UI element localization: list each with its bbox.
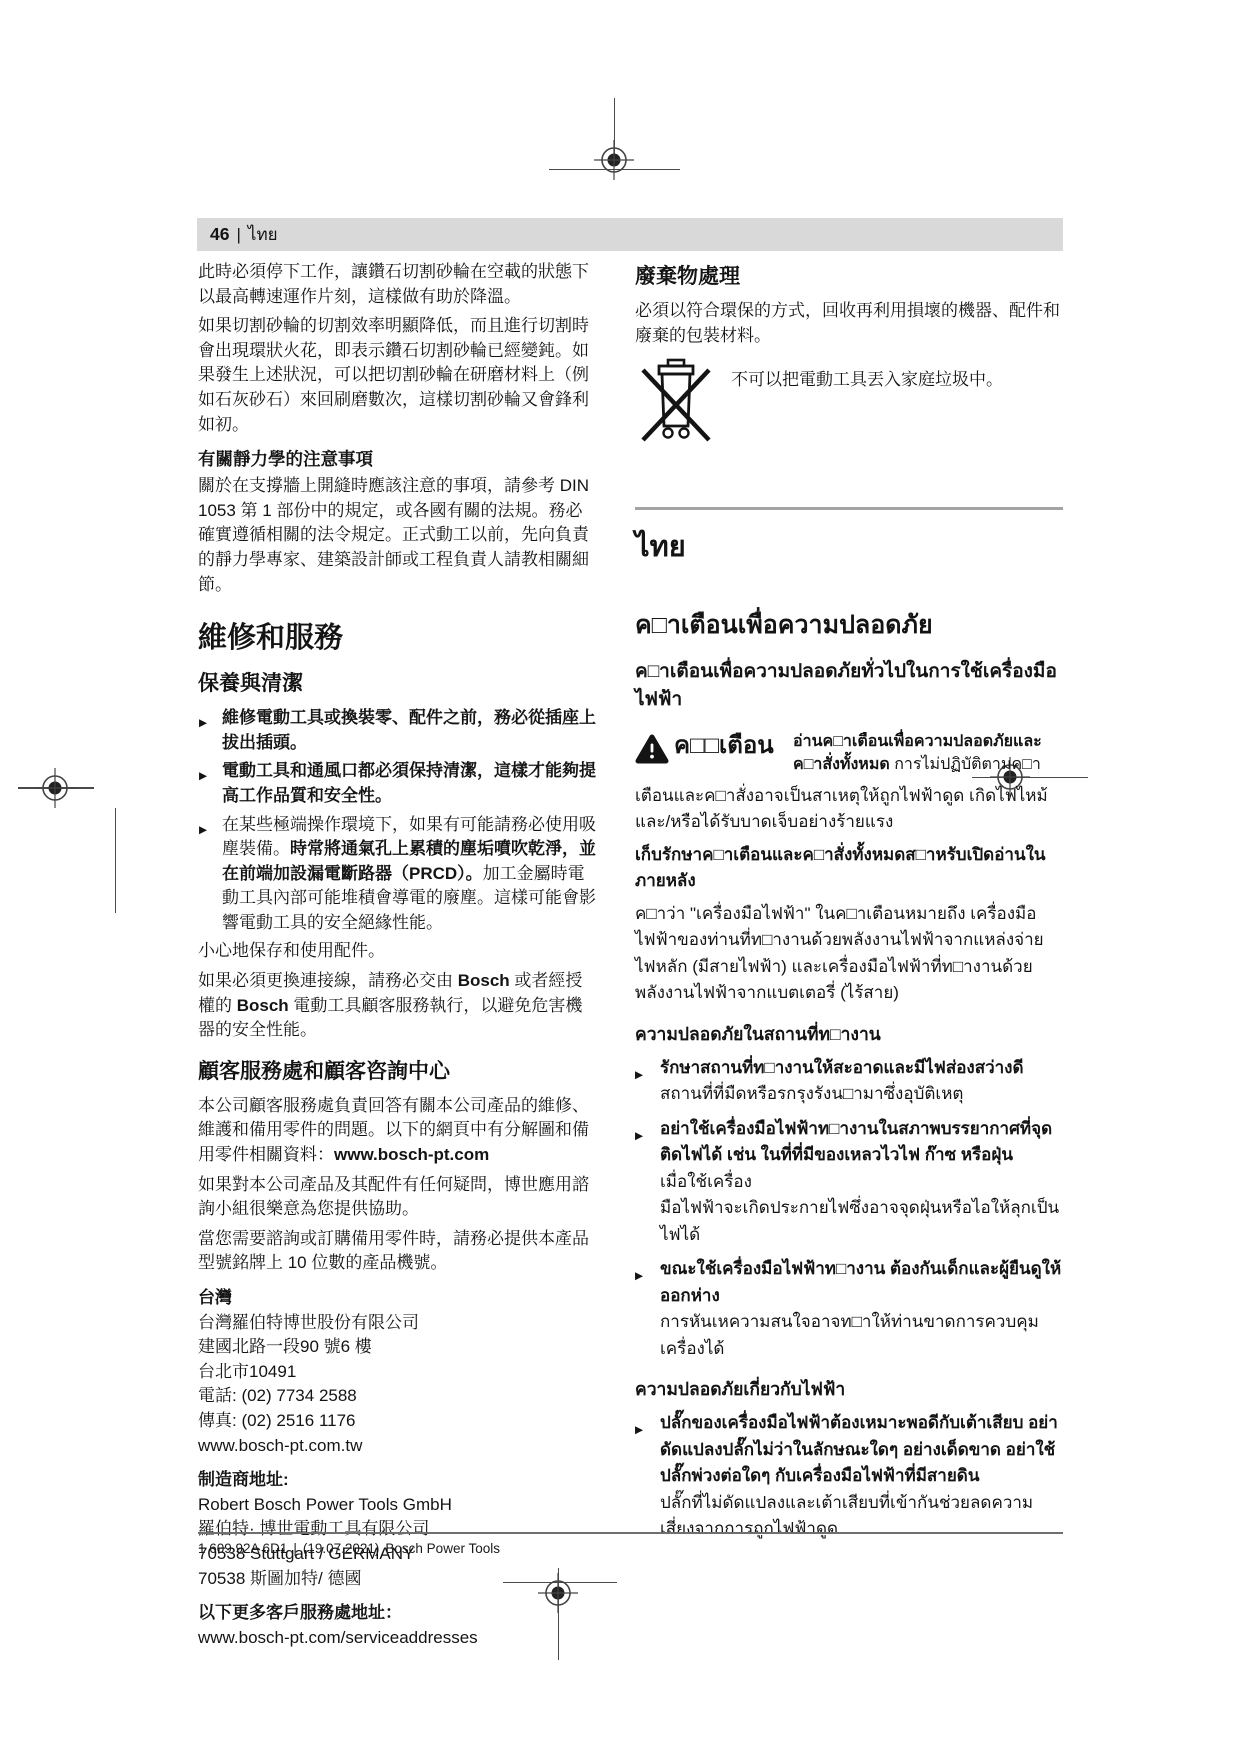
work-area-bullet-1: ▶ รักษาสถานที่ท□างานให้สะอาดและมีไฟส่องส…	[635, 1055, 1063, 1108]
footer-rule	[198, 1532, 1063, 1534]
section-divider	[635, 507, 1063, 510]
triangle-bullet-icon: ▶	[635, 1417, 643, 1444]
heading-taiwan: 台灣	[198, 1286, 596, 1311]
triangle-bullet-icon: ▶	[199, 818, 207, 843]
address-line: 70538 斯圖加特/ 德國	[198, 1567, 596, 1592]
bullet-text: การหันเหความสนใจอาจท□าให้ท่านขาดการควบคุ…	[660, 1309, 1063, 1362]
text-run: 如果必須更換連接線，請務必交由	[198, 971, 458, 990]
paragraph-accessories: 小心地保存和使用配件。	[198, 939, 596, 964]
warning-word: ค□□เตือน	[674, 730, 774, 762]
address-line: Robert Bosch Power Tools GmbH	[198, 1493, 596, 1518]
paragraph-order-info: 當您需要諮詢或訂購備用零件時，請務必提供本產品型號銘牌上 10 位數的產品機號。	[198, 1227, 596, 1276]
heading-electrical-safety: ความปลอดภัยเกี่ยวกับไฟฟ้า	[635, 1376, 1063, 1402]
bullet-text: สถานที่ที่มืดหรือรกรุงรังน□ามาซึ่งอุบัติ…	[660, 1081, 1063, 1108]
registration-line	[115, 808, 117, 913]
taiwan-address-block: 台灣羅伯特博世股份有限公司 建國北路一段90 號6 樓 台北市10491 電話:…	[198, 1311, 596, 1459]
work-area-bullet-2: ▶ อย่าใช้เครื่องมือไฟฟ้าท□างานในสภาพบรรย…	[635, 1116, 1063, 1249]
brand-name: Bosch	[237, 996, 289, 1015]
registration-mark-top-icon	[586, 132, 642, 188]
paragraph-statics: 關於在支撐牆上開縫時應該注意的事項，請參考 DIN 1053 第 1 部份中的規…	[198, 474, 596, 597]
bullet-text-bold: รักษาสถานที่ท□างานให้สะอาดและมีไฟส่องสว่…	[660, 1058, 1024, 1077]
website-url: www.bosch-pt.com.tw	[198, 1434, 596, 1459]
paragraph-no-household-waste: 不可以把電動工具丟入家庭垃圾中。	[731, 368, 1003, 451]
maintenance-bullet-2: ▶ 電動工具和通風口都必須保持清潔，這樣才能夠提高工作品質和安全性。	[198, 759, 596, 808]
language-title: ไทย	[635, 528, 1063, 566]
warning-badge: ค□□เตือน	[635, 730, 793, 777]
warning-text: อ่านค□าเตือนเพื่อความปลอดภัยและค□าสั่งทั…	[793, 730, 1063, 777]
heading-general-power-tool-warnings: ค□าเตือนเพื่อความปลอดภัยทั่วไปในการใช้เค…	[635, 658, 1063, 714]
footer-separator: |	[293, 1541, 297, 1556]
bullet-text-bold: ปลั๊กของเครื่องมือไฟฟ้าต้องเหมาะพอดีกับเ…	[660, 1413, 1058, 1485]
paragraph-save-warnings: เก็บรักษาค□าเตือนและค□าสั่งทั้งหมดส□าหรั…	[635, 842, 1063, 895]
paragraph-customer-service: 本公司顧客服務處負責回答有關本公司產品的維修、維護和備用零件的問題。以下的網頁中…	[198, 1094, 596, 1168]
heading-service-and-repair: 維修和服務	[198, 621, 596, 655]
electrical-bullet-1: ▶ ปลั๊กของเครื่องมือไฟฟ้าต้องเหมาะพอดีกั…	[635, 1410, 1063, 1543]
paragraph-warning-continuation: เตือนและค□าสั่งอาจเป็นสาเหตุให้ถูกไฟฟ้าด…	[635, 783, 1063, 836]
page-footer: 1 609 92A 6D1|(19.07.2021)Bosch Power To…	[198, 1541, 500, 1556]
address-line: 建國北路一段90 號6 樓	[198, 1335, 596, 1360]
header-separator: |	[236, 225, 240, 245]
triangle-bullet-icon: ▶	[635, 1062, 643, 1089]
triangle-bullet-icon: ▶	[635, 1123, 643, 1150]
address-line: 台灣羅伯特博世股份有限公司	[198, 1311, 596, 1336]
bullet-text-bold: ขณะใช้เครื่องมือไฟฟ้าท□างาน ต้องกันเด็กแ…	[660, 1259, 1061, 1305]
warning-panel: ค□□เตือน อ่านค□าเตือนเพื่อความปลอดภัยและ…	[635, 730, 1063, 777]
right-column: 廢棄物處理 必須以符合環保的方式，回收再利用損壞的機器、配件和廢棄的包裝材料。 …	[635, 258, 1063, 1543]
document-code: 1 609 92A 6D1	[198, 1541, 287, 1556]
bullet-text: 電動工具和通風口都必須保持清潔，這樣才能夠提高工作品質和安全性。	[222, 761, 596, 805]
registration-mark-left-icon	[27, 760, 83, 816]
paragraph-dull-disc: 如果切割砂輪的切割效率明顯降低，而且進行切割時會出現環狀火花，即表示鑽石切割砂輪…	[198, 314, 596, 437]
left-column: 此時必須停下工作，讓鑽石切割砂輪在空載的狀態下以最高轉速運作片刻，這樣做有助於降…	[198, 260, 596, 1650]
document-date: (19.07.2021)	[303, 1541, 380, 1556]
header-language: ไทย	[248, 221, 278, 248]
fax-line: 傳真: (02) 2516 1176	[198, 1409, 596, 1434]
bullet-text: เมื่อใช้เครื่อง มือไฟฟ้าจะเกิดประกายไฟซึ…	[660, 1169, 1063, 1249]
heading-maintenance-cleaning: 保養與清潔	[198, 671, 596, 697]
triangle-bullet-icon: ▶	[199, 764, 207, 789]
heading-safety-warnings: ค□าเตือนเพื่อความปลอดภัย	[635, 608, 1063, 642]
weee-block: 不可以把電動工具丟入家庭垃圾中。	[635, 356, 1063, 451]
paragraph-power-tool-term: ค□าว่า "เครื่องมือไฟฟ้า" ในค□าเตือนหมายถ…	[635, 901, 1063, 1007]
brand-name: Bosch Power Tools	[385, 1541, 500, 1556]
paragraph-cooling: 此時必須停下工作，讓鑽石切割砂輪在空載的狀態下以最高轉速運作片刻，這樣做有助於降…	[198, 260, 596, 309]
heading-statics: 有關靜力學的注意事項	[198, 447, 596, 471]
bosch-pt-url: www.bosch-pt.com	[334, 1145, 489, 1164]
address-line: 羅伯特· 博世電動工具有限公司	[198, 1517, 596, 1542]
bullet-text-bold: อย่าใช้เครื่องมือไฟฟ้าท□างานในสภาพบรรยาก…	[660, 1119, 1052, 1165]
work-area-bullet-3: ▶ ขณะใช้เครื่องมือไฟฟ้าท□างาน ต้องกันเด็…	[635, 1256, 1063, 1362]
heading-manufacturer: 制造商地址:	[198, 1468, 596, 1493]
paragraph-consulting: 如果對本公司產品及其配件有任何疑問，博世應用諮詢小組很樂意為您提供協助。	[198, 1173, 596, 1222]
warning-text-regular: การไม่ปฏิบัติตามค□า	[890, 756, 1041, 773]
page-number: 46	[210, 224, 229, 245]
triangle-bullet-icon: ▶	[635, 1263, 643, 1290]
phone-line: 電話: (02) 7734 2588	[198, 1384, 596, 1409]
maintenance-bullet-3: ▶ 在某些極端操作環境下，如果有可能請務必使用吸塵裝備。時常將通氣孔上累積的塵垢…	[198, 813, 596, 936]
heading-work-area-safety: ความปลอดภัยในสถานที่ท□างาน	[635, 1021, 1063, 1047]
paragraph-disposal: 必須以符合環保的方式，回收再利用損壞的機器、配件和廢棄的包裝材料。	[635, 299, 1063, 348]
weee-crossed-out-bin-icon	[635, 356, 717, 451]
brand-name: Bosch	[458, 971, 510, 990]
page-header: 46 | ไทย	[197, 218, 1063, 251]
heading-more-service-addresses: 以下更多客戶服務處地址：	[198, 1601, 596, 1626]
service-addresses-url: www.bosch-pt.com/serviceaddresses	[198, 1626, 596, 1651]
address-line: 台北市10491	[198, 1360, 596, 1385]
heading-customer-service: 顧客服務處和顧客咨詢中心	[198, 1059, 596, 1085]
bullet-text: 維修電動工具或換裝零、配件之前，務必從插座上拔出插頭。	[222, 708, 596, 752]
manual-page: 46 | ไทย 此時必須停下工作，讓鑽石切割砂輪在空載的狀態下以最高轉速運作片…	[0, 0, 1241, 1754]
maintenance-bullet-1: ▶ 維修電動工具或換裝零、配件之前，務必從插座上拔出插頭。	[198, 706, 596, 755]
triangle-bullet-icon: ▶	[199, 711, 207, 736]
bullet-text: ปลั๊กที่ไม่ดัดแปลงและเต้าเสียบที่เข้ากัน…	[660, 1490, 1063, 1543]
warning-triangle-icon	[635, 734, 669, 770]
paragraph-cable-replacement: 如果必須更換連接線，請務必交由 Bosch 或者經授權的 Bosch 電動工具顧…	[198, 969, 596, 1043]
heading-disposal: 廢棄物處理	[635, 264, 1063, 290]
